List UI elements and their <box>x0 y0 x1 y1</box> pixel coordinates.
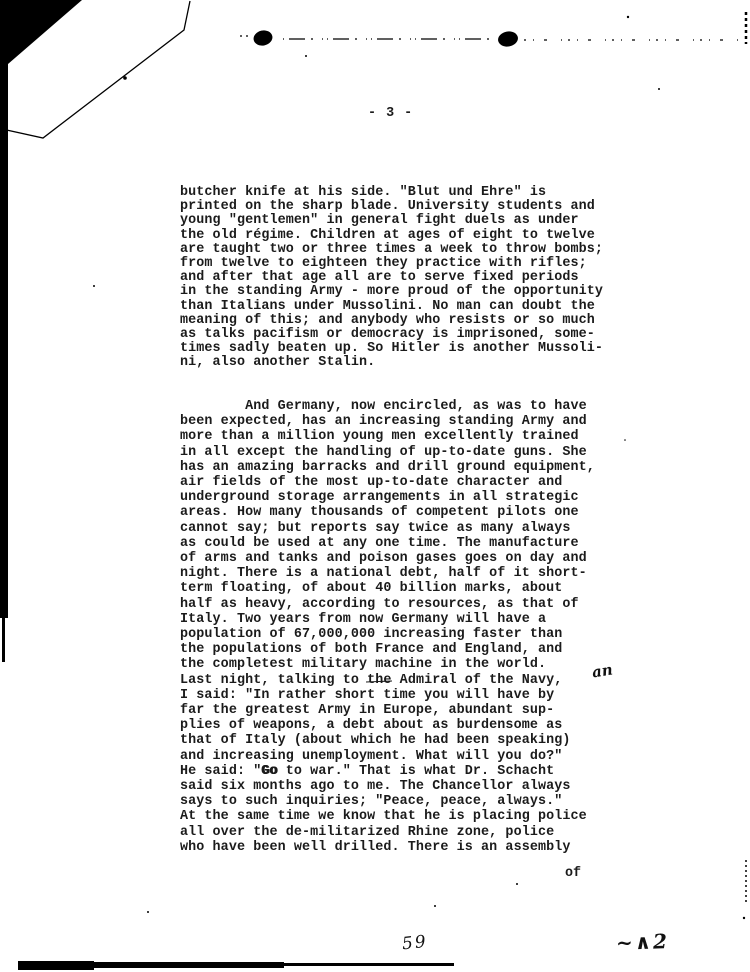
typed-line: as could be used at any one time. The ma… <box>180 536 595 551</box>
typed-line: far the greatest Army in Europe, abundan… <box>180 703 595 718</box>
typed-line: And Germany, now encircled, as was to ha… <box>180 399 595 414</box>
page-number: - 3 - <box>368 106 413 121</box>
typed-line: Last night, talking to the Admiral of th… <box>180 673 595 688</box>
typed-line: in the standing Army - more proud of the… <box>180 285 603 299</box>
typed-line: At the same time we know that he is plac… <box>180 809 595 824</box>
typed-line: been expected, has an increasing standin… <box>180 414 595 429</box>
typed-line: said six months ago to me. The Chancello… <box>180 779 595 794</box>
typed-line: has an amazing barracks and drill ground… <box>180 460 595 475</box>
typed-line: more than a million young men excellentl… <box>180 429 595 444</box>
typed-line: printed on the sharp blade. University s… <box>180 200 603 214</box>
typed-line: underground storage arrangements in all … <box>180 490 595 505</box>
fold-crease-lines <box>2 1 190 287</box>
typed-line: and after that age all are to serve fixe… <box>180 271 603 285</box>
typed-line: says to such inquiries; "Peace, peace, a… <box>180 794 595 809</box>
punch-hole-right-icon <box>497 30 519 48</box>
typed-line: air fields of the most up-to-date charac… <box>180 475 595 490</box>
typed-line: He said: "Go to war." That is what Dr. S… <box>180 764 595 779</box>
typed-paragraph-2: And Germany, now encircled, as was to ha… <box>180 399 595 855</box>
typed-line: and increasing unemployment. What will y… <box>180 749 595 764</box>
handwritten-insert: an <box>591 660 614 681</box>
typed-line: of arms and tanks and poison gases goes … <box>180 551 595 566</box>
typed-line: the old régime. Children at ages of eigh… <box>180 229 603 243</box>
typed-line: from twelve to eighteen they practice wi… <box>180 257 603 271</box>
typed-line: ni, also another Stalin. <box>180 356 603 370</box>
catchword-of: of <box>565 866 581 881</box>
typed-line: half as heavy, according to resources, a… <box>180 597 595 612</box>
typed-line: times sadly beaten up. So Hitler is anot… <box>180 342 603 356</box>
handwritten-page-mark-right: ~∧2 <box>616 929 670 955</box>
typed-line: than Italians under Mussolini. No man ca… <box>180 300 603 314</box>
typed-line: are taught two or three times a week to … <box>180 243 603 257</box>
scanned-document-page: - 3 - butcher knife at his side. "Blut u… <box>0 0 750 972</box>
typed-line: areas. How many thousands of competent p… <box>180 505 595 520</box>
typed-line: young "gentlemen" in general fight duels… <box>180 214 603 228</box>
dotted-scan-line <box>240 36 738 40</box>
typed-line: night. There is a national debt, half of… <box>180 566 595 581</box>
typed-paragraph-1: butcher knife at his side. "Blut und Ehr… <box>180 186 603 371</box>
typed-line: all over the de-militarized Rhine zone, … <box>180 825 595 840</box>
left-edge-shadow <box>0 0 8 662</box>
right-edge-marks <box>743 12 746 919</box>
bottom-scan-bar <box>18 961 454 970</box>
typed-line: the populations of both France and Engla… <box>180 642 595 657</box>
handwritten-page-mark-left: 59 <box>401 932 429 955</box>
typed-line: Italy. Two years from now Germany will h… <box>180 612 595 627</box>
typed-line: plies of weapons, a debt about as burden… <box>180 718 595 733</box>
typed-line: as talks pacifism or democracy is impris… <box>180 328 603 342</box>
typed-line: meaning of this; and anybody who resists… <box>180 314 603 328</box>
typed-line: butcher knife at his side. "Blut und Ehr… <box>180 186 603 200</box>
typed-line: population of 67,000,000 increasing fast… <box>180 627 595 642</box>
typed-line: the completest military machine in the w… <box>180 657 595 672</box>
punch-hole-left-icon <box>252 29 274 48</box>
corner-fold-triangle <box>0 0 82 64</box>
typed-line: in all except the handling of up-to-date… <box>180 445 595 460</box>
typed-line: term floating, of about 40 billion marks… <box>180 581 595 596</box>
typed-line: that of Italy (about which he had been s… <box>180 733 595 748</box>
typed-line: who have been well drilled. There is an … <box>180 840 595 855</box>
typed-line: I said: "In rather short time you will h… <box>180 688 595 703</box>
typed-line: cannot say; but reports say twice as man… <box>180 521 595 536</box>
